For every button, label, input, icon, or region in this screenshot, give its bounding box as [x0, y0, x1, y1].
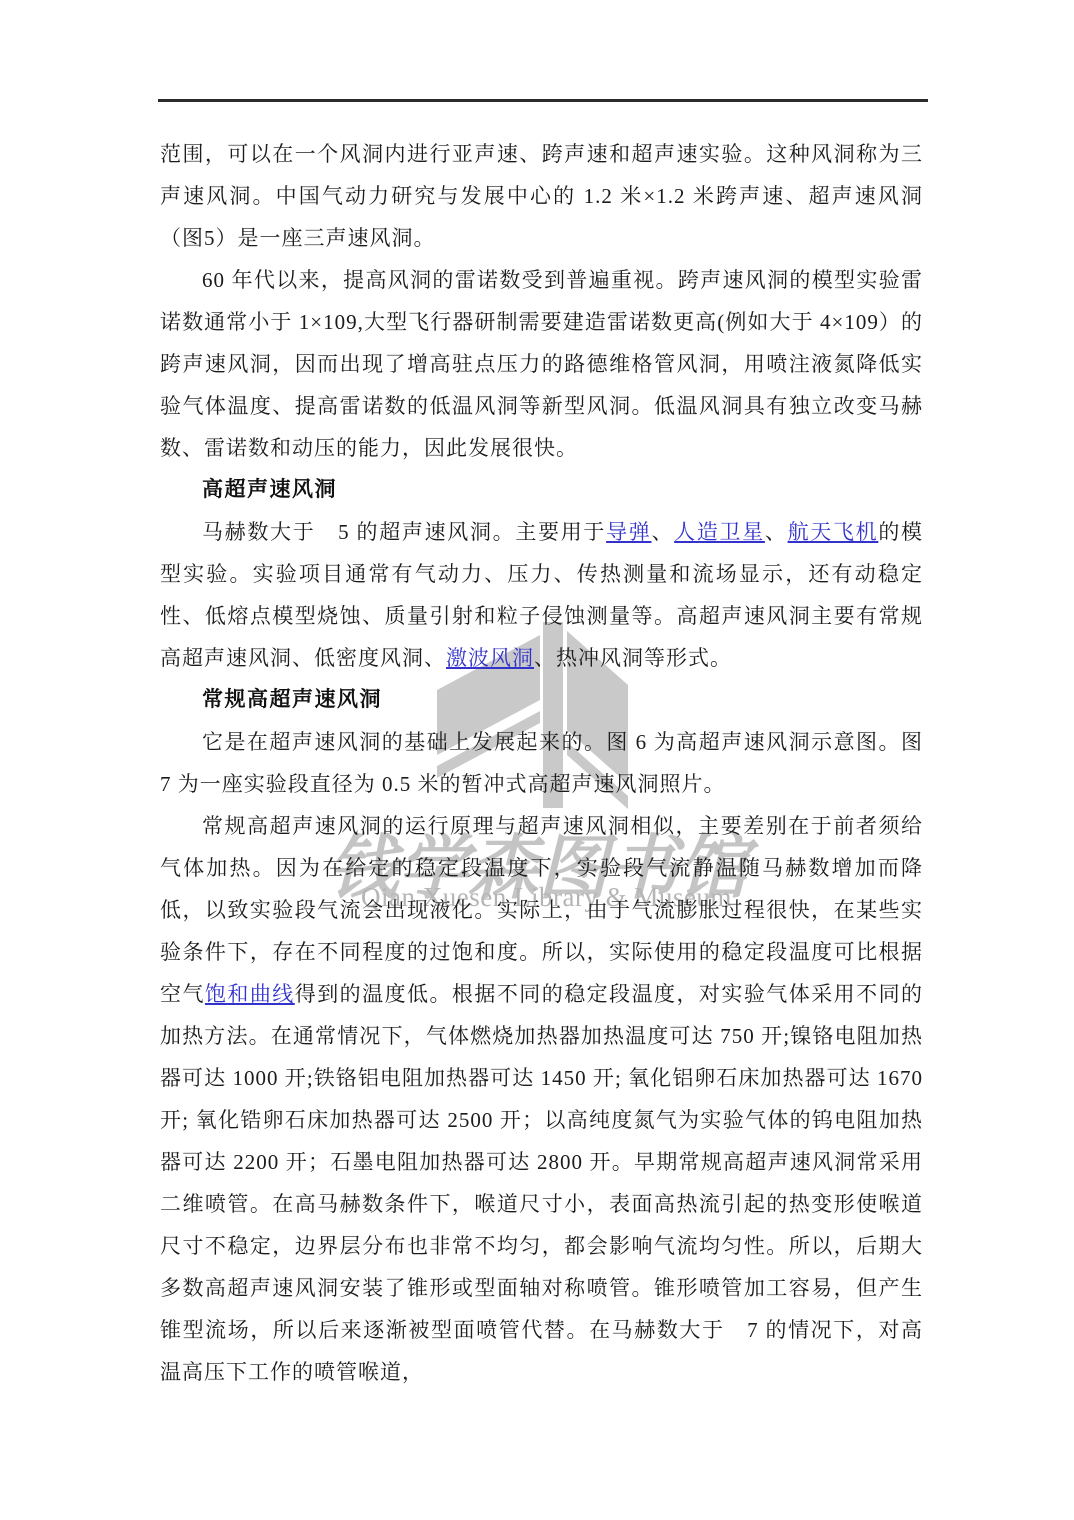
text-segment: 、: [765, 520, 788, 544]
text-segment: 马赫数大于 5 的超声速风洞。主要用于: [202, 520, 606, 544]
top-rule: [158, 99, 928, 102]
text-segment: 、: [651, 520, 674, 544]
link-saturation-curve[interactable]: 饱和曲线: [205, 982, 295, 1006]
link-missile[interactable]: 导弹: [606, 520, 651, 544]
paragraph-trisonic-continuation: 范围，可以在一个风洞内进行亚声速、跨声速和超声速实验。这种风洞称为三声速风洞。中…: [160, 133, 923, 259]
document-body: 范围，可以在一个风洞内进行亚声速、跨声速和超声速实验。这种风洞称为三声速风洞。中…: [160, 133, 923, 1393]
heading-hypersonic-wind-tunnel: 高超声速风洞: [160, 469, 923, 511]
paragraph-hypersonic-overview: 马赫数大于 5 的超声速风洞。主要用于导弹、人造卫星、航天飞机的模型实验。实验项…: [160, 511, 923, 679]
link-shock-tunnel[interactable]: 激波风洞: [446, 646, 534, 670]
text-segment: 、热冲风洞等形式。: [534, 646, 732, 670]
text-segment: 得到的温度低。根据不同的稳定段温度，对实验气体采用不同的加热方法。在通常情况下，…: [160, 982, 923, 1384]
link-space-shuttle[interactable]: 航天飞机: [788, 520, 879, 544]
link-artificial-satellite[interactable]: 人造卫星: [674, 520, 765, 544]
document-page: { "page": { "background_color": "#ffffff…: [0, 0, 1074, 1520]
paragraph-reynolds-number: 60 年代以来，提高风洞的雷诺数受到普遍重视。跨声速风洞的模型实验雷诺数通常小于…: [160, 259, 923, 469]
heading-conventional-hypersonic-wind-tunnel: 常规高超声速风洞: [160, 679, 923, 721]
paragraph-development: 它是在超声速风洞的基础上发展起来的。图 6 为高超声速风洞示意图。图 7 为一座…: [160, 721, 923, 805]
paragraph-operating-principle: 常规高超声速风洞的运行原理与超声速风洞相似，主要差别在于前者须给气体加热。因为在…: [160, 805, 923, 1393]
text-segment: 常规高超声速风洞的运行原理与超声速风洞相似，主要差别在于前者须给气体加热。因为在…: [160, 814, 923, 1006]
